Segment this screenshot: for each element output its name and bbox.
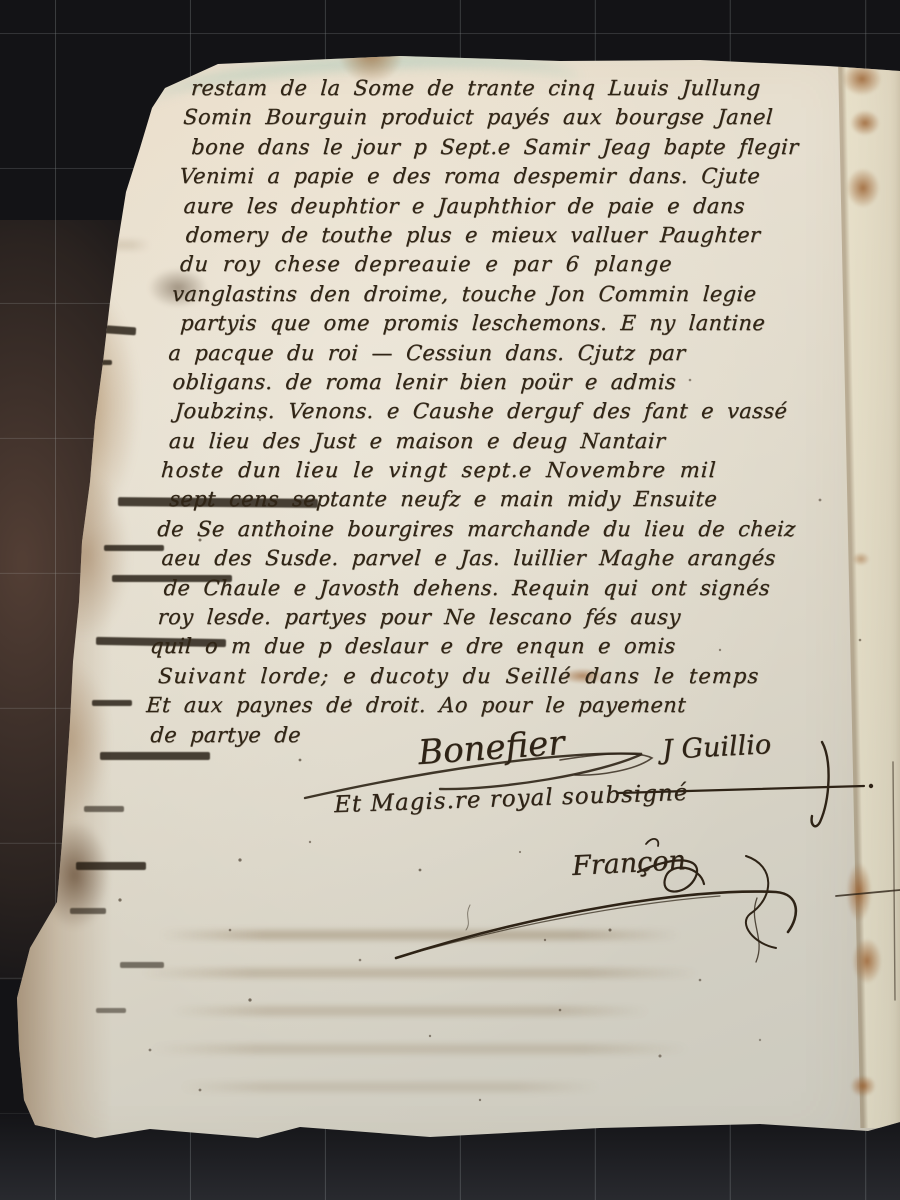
fly-specks (118, 239, 861, 1102)
manuscript-photo: restam de la Some de trante cinq Luuis J… (0, 0, 900, 1200)
ink-flourishes (0, 0, 900, 1200)
manuscript-paper: restam de la Some de trante cinq Luuis J… (0, 0, 900, 1200)
